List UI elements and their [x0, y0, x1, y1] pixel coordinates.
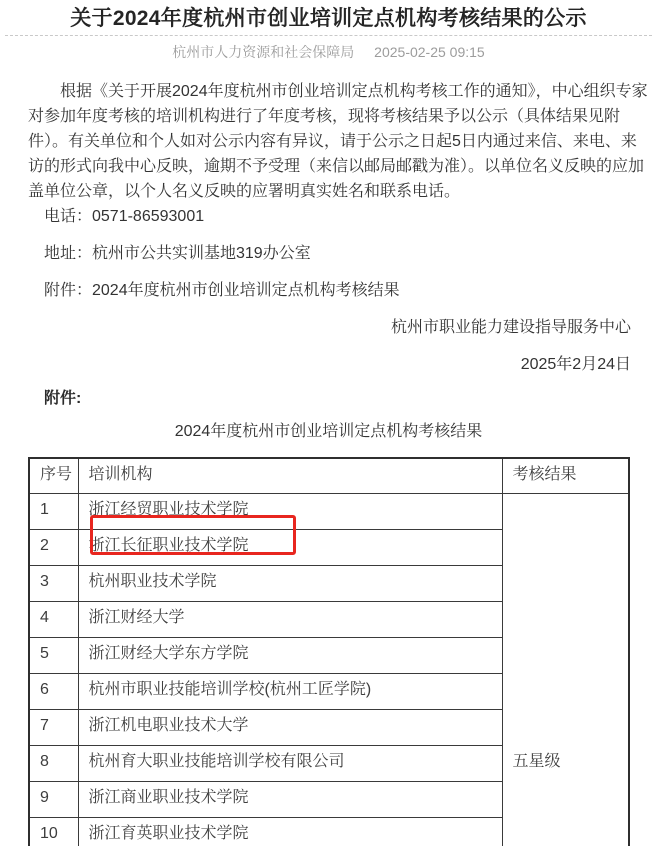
header-seq: 序号	[29, 458, 78, 493]
result-grade: 五星级	[513, 752, 561, 772]
cell-seq: 9	[29, 781, 78, 817]
announcement-page: 关于2024年度杭州市创业培训定点机构考核结果的公示 杭州市人力资源和社会保障局…	[0, 0, 657, 846]
cell-institution: 杭州职业技术学院	[78, 565, 502, 601]
attachment-label: 附件:	[28, 386, 657, 411]
cell-seq: 1	[29, 493, 78, 529]
assessment-result-table: 序号 培训机构 考核结果 1 浙江经贸职业技术学院 五星级 2 浙江长征职业技术…	[28, 457, 630, 846]
header-result: 考核结果	[502, 458, 629, 493]
cell-seq: 5	[29, 637, 78, 673]
header-institution: 培训机构	[78, 458, 502, 493]
page-title: 关于2024年度杭州市创业培训定点机构考核结果的公示	[0, 0, 657, 32]
table-header-row: 序号 培训机构 考核结果	[29, 458, 629, 493]
cell-seq: 4	[29, 601, 78, 637]
meta-line: 杭州市人力资源和社会保障局 2025-02-25 09:15	[0, 36, 657, 62]
cell-institution: 杭州市职业技能培训学校(杭州工匠学院)	[78, 673, 502, 709]
cell-seq: 2	[29, 529, 78, 565]
table-caption: 2024年度杭州市创业培训定点机构考核结果	[0, 419, 657, 444]
cell-seq: 10	[29, 817, 78, 846]
cell-institution: 浙江长征职业技术学院	[78, 529, 502, 565]
cell-seq: 3	[29, 565, 78, 601]
publisher-agency: 杭州市人力资源和社会保障局	[172, 44, 354, 60]
cell-result-merged: 五星级	[502, 493, 629, 846]
cell-seq: 6	[29, 673, 78, 709]
cell-institution: 浙江财经大学东方学院	[78, 637, 502, 673]
contact-phone: 电话：0571-86593001	[28, 204, 652, 229]
cell-institution: 杭州育大职业技能培训学校有限公司	[78, 745, 502, 781]
contact-info: 电话：0571-86593001 地址：杭州市公共实训基地319办公室 附件：2…	[0, 204, 657, 303]
cell-institution: 浙江财经大学	[78, 601, 502, 637]
table-row: 1 浙江经贸职业技术学院 五星级	[29, 493, 629, 529]
cell-institution: 浙江育英职业技术学院	[78, 817, 502, 846]
cell-institution: 浙江经贸职业技术学院	[78, 493, 502, 529]
signature-date: 2025年2月24日	[0, 352, 631, 377]
signature-org: 杭州市职业能力建设指导服务中心	[0, 315, 631, 340]
publish-datetime: 2025-02-25 09:15	[374, 44, 485, 60]
cell-seq: 8	[29, 745, 78, 781]
cell-institution: 浙江机电职业技术大学	[78, 709, 502, 745]
cell-institution: 浙江商业职业技术学院	[78, 781, 502, 817]
contact-address: 地址：杭州市公共实训基地319办公室	[28, 241, 652, 266]
announcement-body: 根据《关于开展2024年度杭州市创业培训定点机构考核工作的通知》，中心组织专家对…	[28, 79, 652, 204]
cell-seq: 7	[29, 709, 78, 745]
attachment-reference: 附件：2024年度杭州市创业培训定点机构考核结果	[28, 278, 652, 303]
